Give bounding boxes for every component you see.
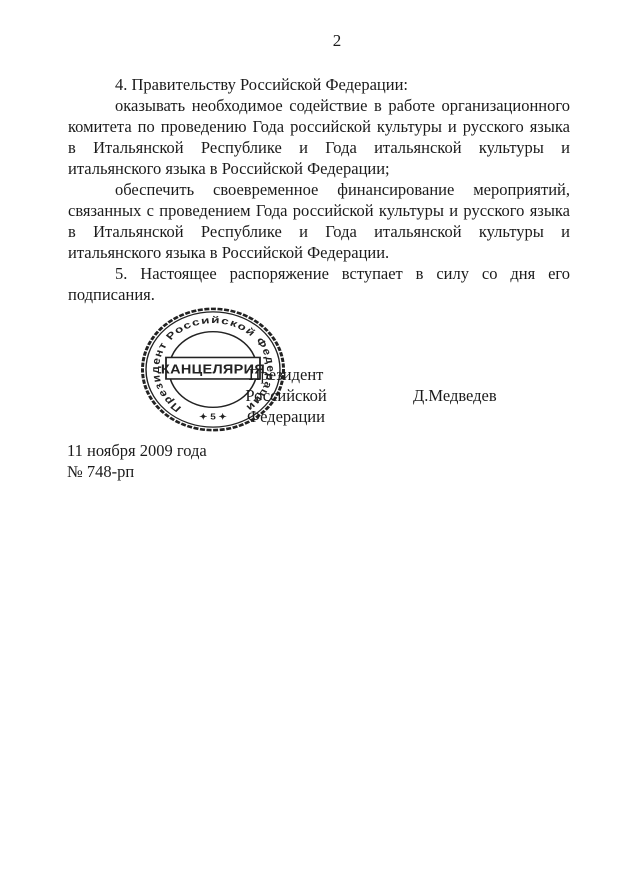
body-line: итальянского языка в Российской Федераци…	[68, 158, 570, 179]
signature-title-line2: Российской Федерации	[205, 385, 367, 427]
document-date: 11 ноября 2009 года	[67, 440, 207, 461]
body-line: в Итальянской Республике и Года итальянс…	[68, 137, 570, 158]
body-line: подписания.	[68, 284, 570, 305]
body-line: обеспечить своевременное финансирование …	[68, 179, 570, 200]
body-line: связанных с проведением Года российской …	[68, 200, 570, 221]
footer-block: 11 ноября 2009 года № 748-рп	[67, 440, 207, 482]
signature-title: Президент Российской Федерации	[205, 364, 367, 427]
page-number: 2	[54, 31, 620, 51]
body-line: 4. Правительству Российской Федерации:	[68, 74, 570, 95]
body-line: 5. Настоящее распоряжение вступает в сил…	[68, 263, 570, 284]
body-line: комитета по проведению Года российской к…	[68, 116, 570, 137]
signature-title-line1: Президент	[205, 364, 367, 385]
body-line: в Итальянской Республике и Года итальянс…	[68, 221, 570, 242]
body-text: 4. Правительству Российской Федерации:ок…	[68, 74, 570, 305]
document-page: 2 4. Правительству Российской Федерации:…	[0, 0, 620, 880]
signature-name: Д.Медведев	[413, 385, 497, 406]
body-line: оказывать необходимое содействие в работ…	[68, 95, 570, 116]
document-number: № 748-рп	[67, 461, 207, 482]
body-line: итальянского языка в Российской Федераци…	[68, 242, 570, 263]
